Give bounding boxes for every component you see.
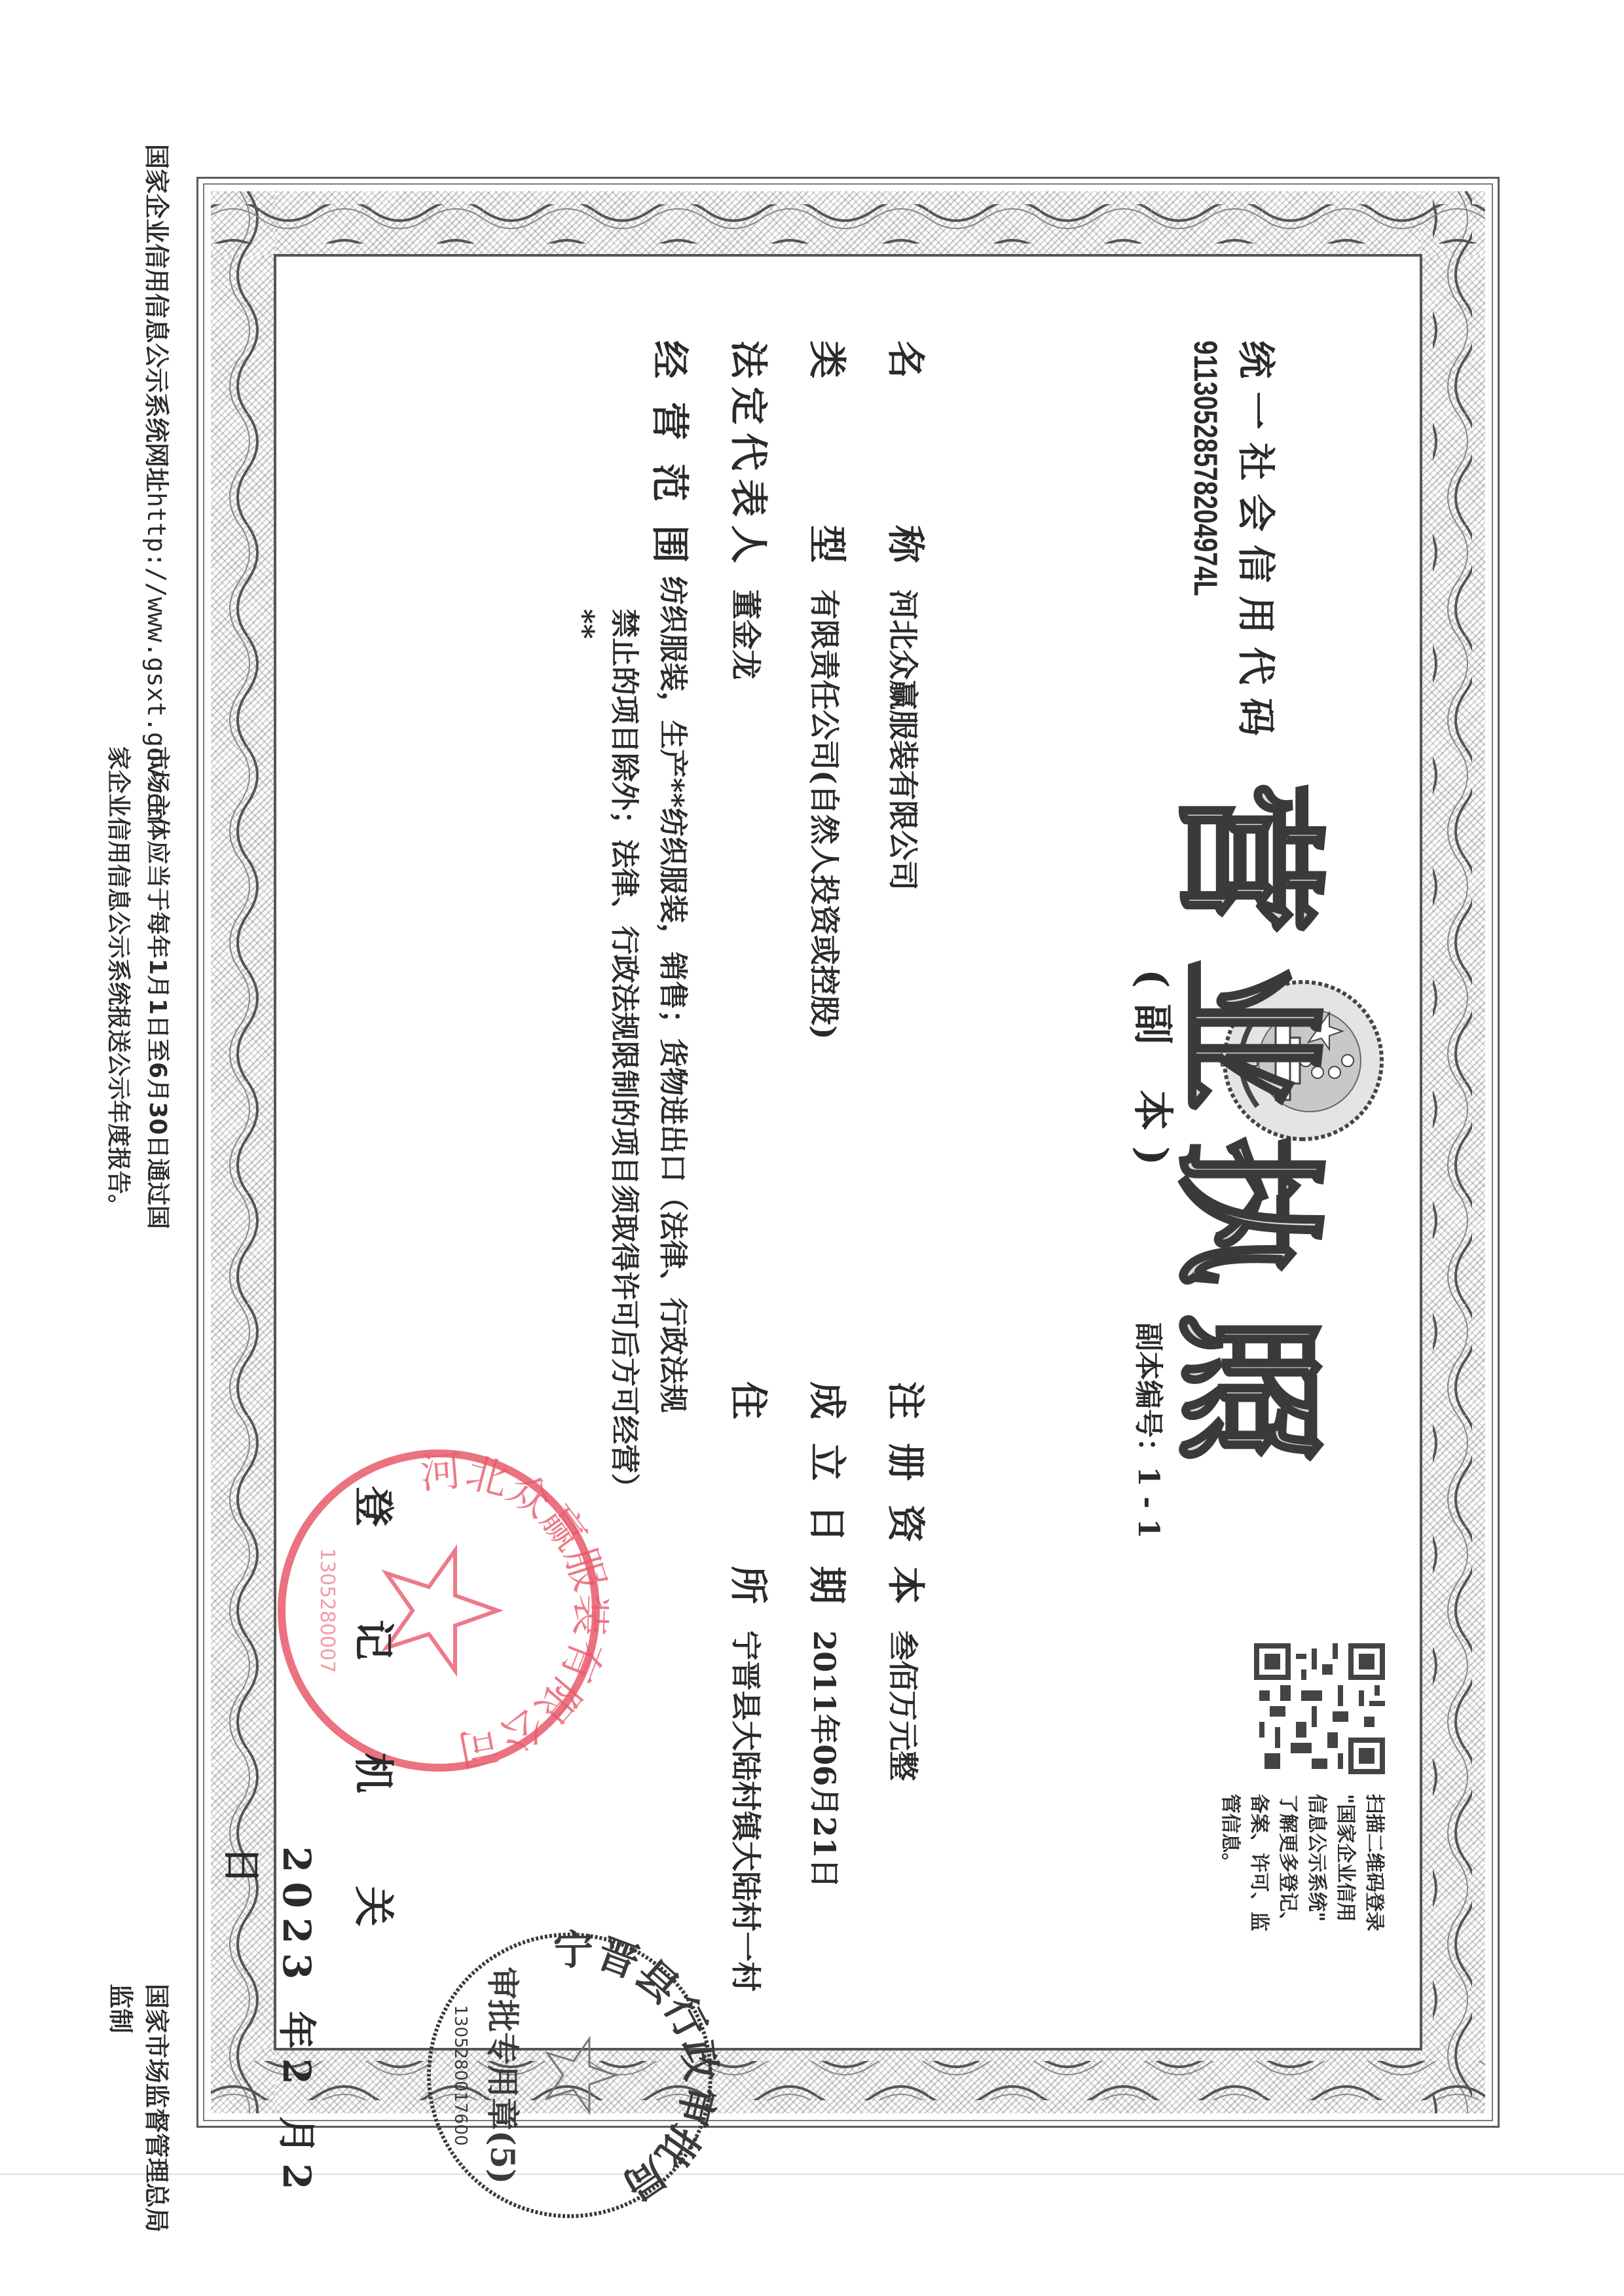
- business-scope-line: 禁止的项目除外；法律、行政法规限制的项目须取得许可后方可经营）: [606, 609, 648, 1502]
- field-address-label: 住所: [724, 1381, 779, 1604]
- copy-number: 副本编号：1 - 1: [1130, 1322, 1172, 1539]
- authority-seal-icon: 宁晋县行政审批局 审批专用章(5) 1305280017600: [419, 1925, 720, 2226]
- field-scope: 经营范围: [646, 340, 701, 576]
- field-established: 成立日期 2011年06月21日: [803, 1381, 858, 1888]
- field-legal-rep: 法定代表人 董金龙: [724, 340, 779, 680]
- qr-code-icon[interactable]: [1251, 1643, 1388, 1774]
- field-scope-label: 经营范围: [646, 340, 701, 563]
- svg-text:1305280007: 1305280007: [316, 1548, 339, 1673]
- field-type: 类型 有限责任公司(自然人投资或控股): [803, 340, 858, 1040]
- field-established-label: 成立日期: [803, 1381, 858, 1604]
- annual-report-notice: 市场主体应当于每年1月1日至6月30日通过国 家企业信用信息公示系统报送公示年度…: [98, 746, 177, 1229]
- field-capital: 注册资本 叁佰万元整: [881, 1381, 936, 1781]
- field-name-label: 名称: [881, 340, 936, 563]
- registered-capital: 叁佰万元整: [885, 1630, 921, 1781]
- copy-number-label: 副本编号：: [1132, 1322, 1165, 1467]
- legal-representative: 董金龙: [728, 589, 764, 680]
- field-name: 名称 河北众赢服装有限公司: [881, 340, 936, 890]
- copy-number-value: 1 - 1: [1132, 1467, 1165, 1539]
- field-capital-label: 注册资本: [881, 1381, 936, 1604]
- field-legal-rep-label: 法定代表人: [724, 340, 779, 563]
- svg-text:审批专用章(5): 审批专用章(5): [483, 1967, 522, 2184]
- business-scope-line: **: [566, 609, 600, 639]
- document-subtitle: (副 本): [1127, 969, 1185, 1181]
- established-date: 2011年06月21日: [807, 1630, 842, 1888]
- gsxt-url-line: 国家企业信用信息公示系统网址http://www.gsxt.gov.cn: [141, 144, 177, 822]
- business-license-certificate: 统一社会信用代码 91130528578204974L 营业执照 (副 本) 副…: [151, 26, 1500, 2246]
- company-seal-icon: 河北众赢服装有限公司 1305280007: [268, 1440, 609, 1781]
- company-name: 河北众赢服装有限公司: [885, 589, 921, 890]
- field-address: 住所 宁晋县大陆村镇大陆村一村: [724, 1381, 779, 1992]
- registration-authority-label: 登 记 机 关: [348, 1486, 406, 1966]
- svg-text:1305280017600: 1305280017600: [451, 2005, 470, 2145]
- registration-date: 2023 年2 月2 日: [217, 1846, 327, 2246]
- company-type: 有限责任公司(自然人投资或控股): [807, 589, 842, 1040]
- svg-text:河北众赢服装有限公司: 河北众赢服装有限公司: [418, 1447, 609, 1774]
- address: 宁晋县大陆村镇大陆村一村: [728, 1630, 764, 1992]
- svg-text:宁晋县行政审批局: 宁晋县行政审批局: [553, 1926, 720, 2210]
- field-type-label: 类型: [803, 340, 858, 563]
- qr-instruction: 扫描二维码登录 "国家企业信用 信息公示系统" 了解更多登记、 备案、许可、监 …: [1215, 1794, 1388, 1964]
- business-scope-line: 纺织服装，生产**纺织服装，销售；货物进出口（法律、行政法规: [655, 576, 697, 1413]
- supervised-by: 国家市场监督管理总局监制: [105, 1984, 177, 2246]
